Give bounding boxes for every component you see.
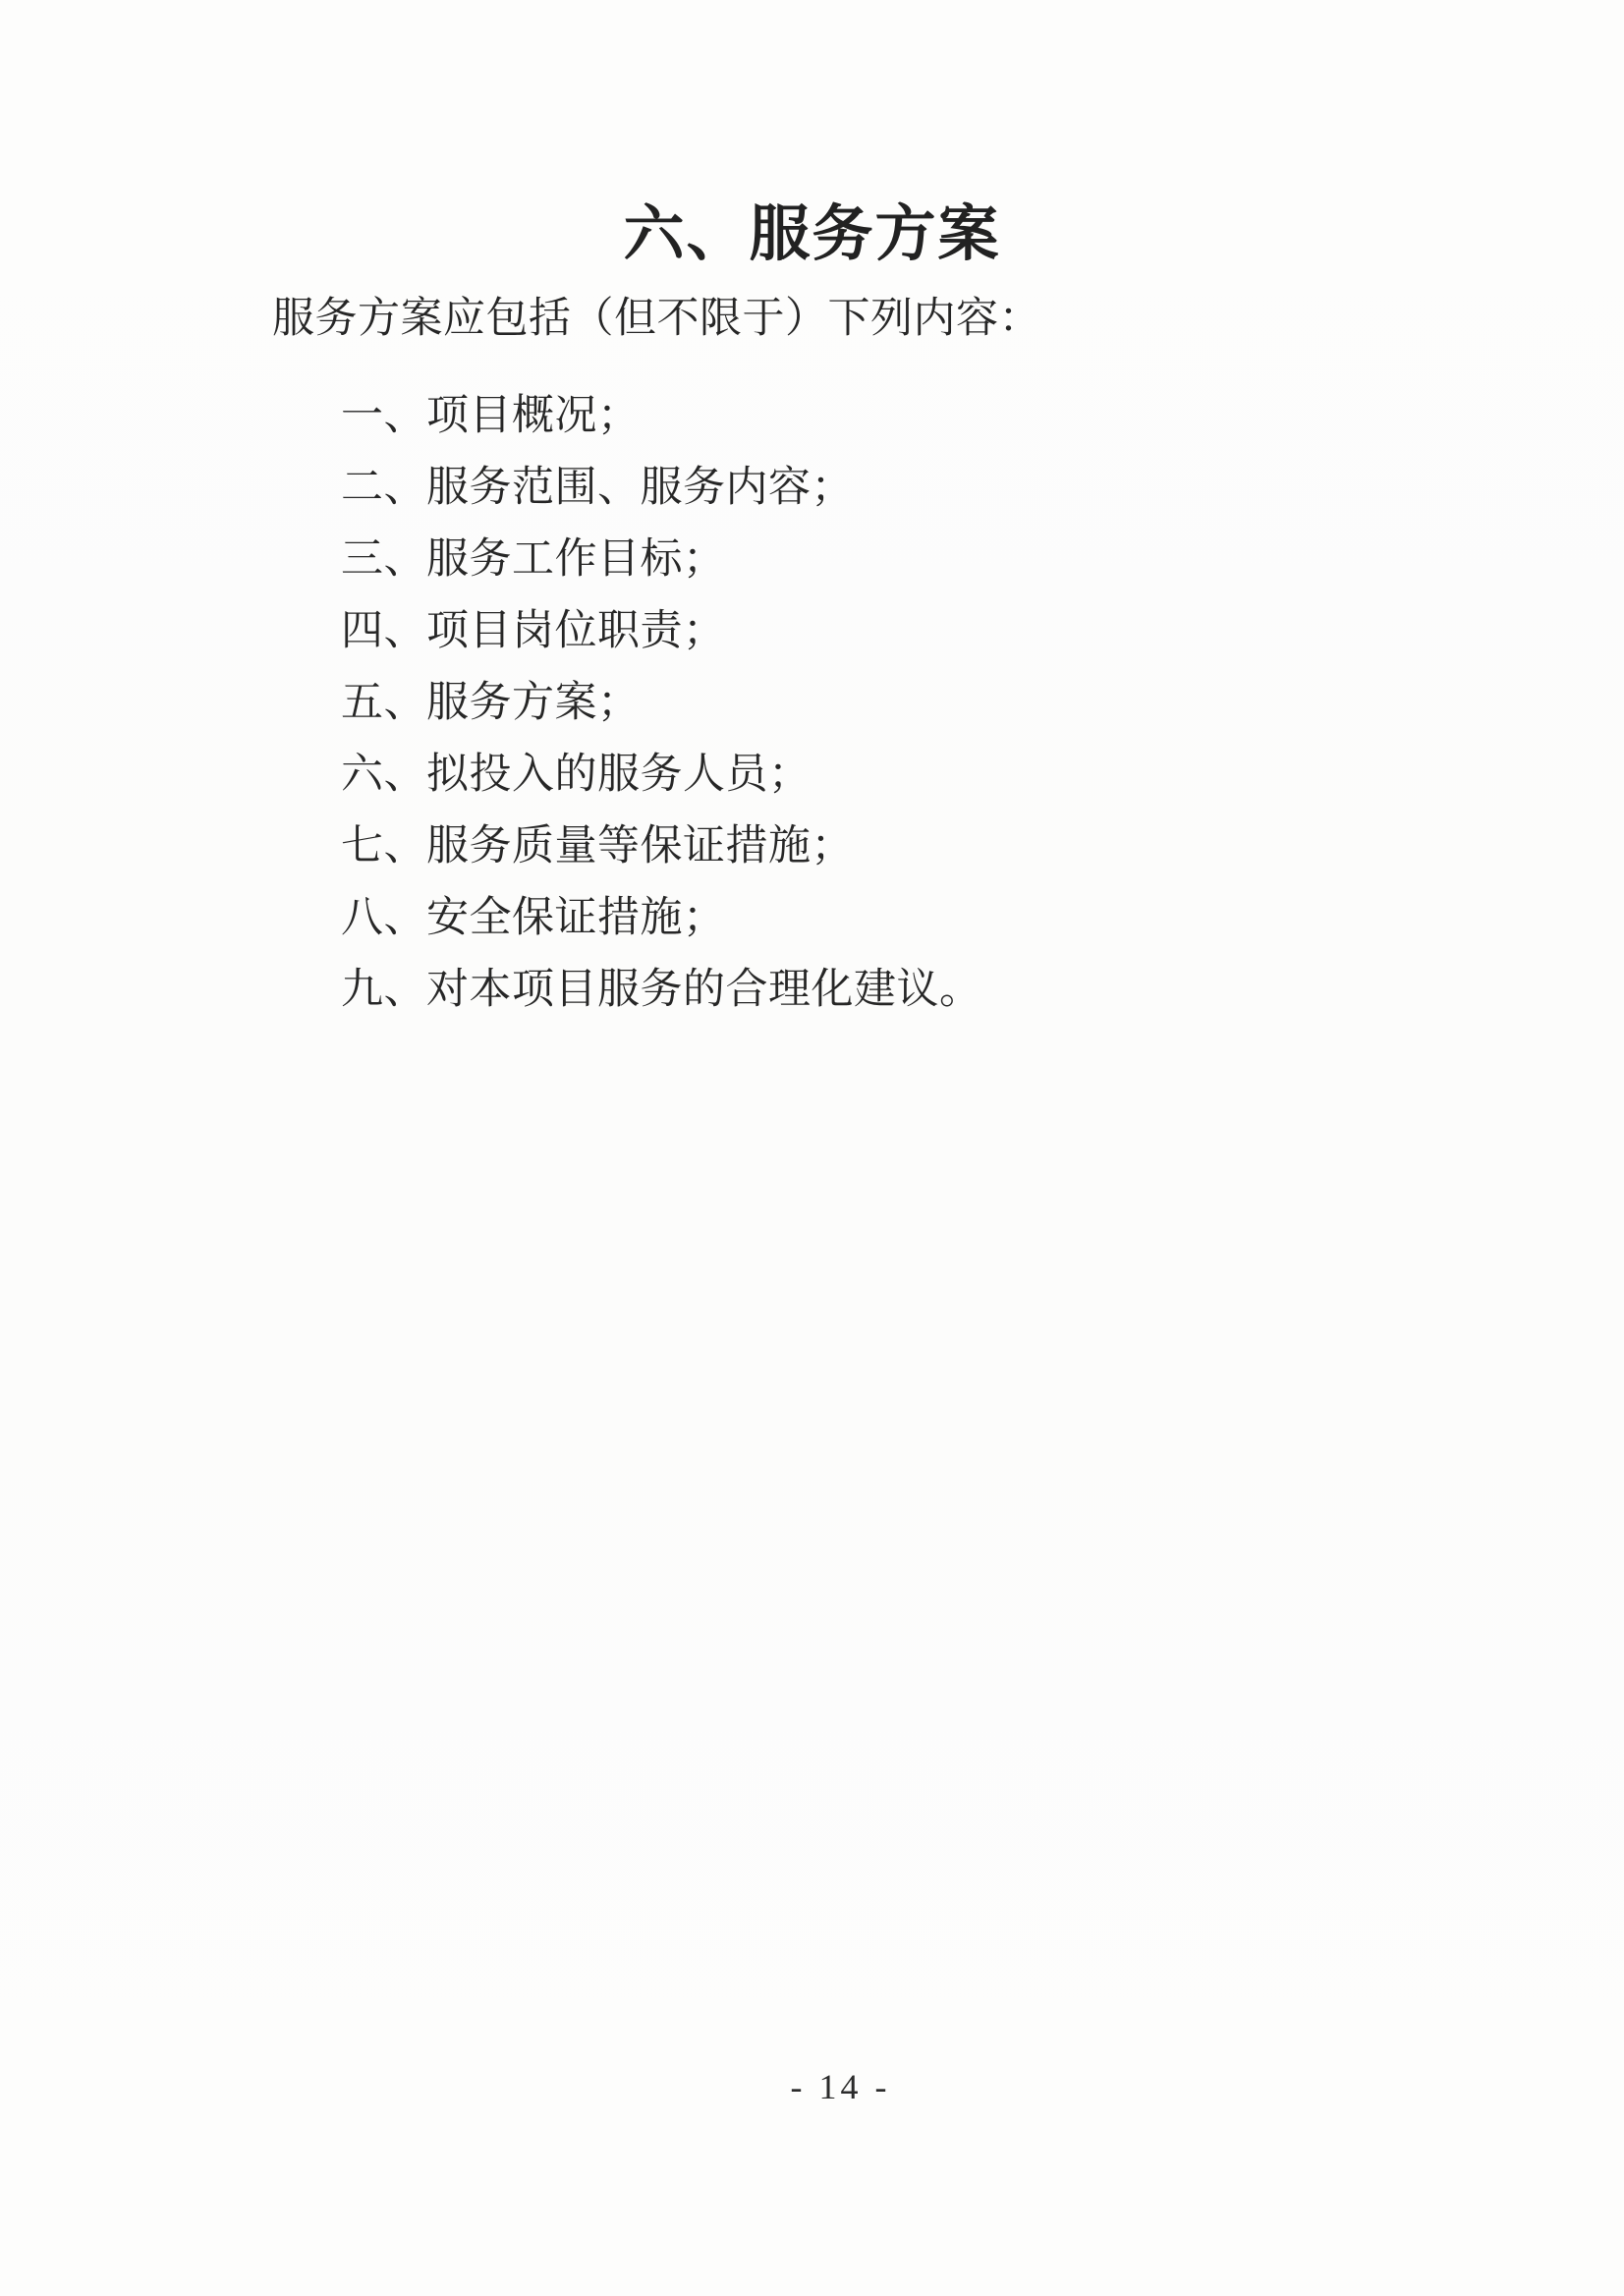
list-item: 二、服务范围、服务内容； (341, 448, 1506, 520)
page-number: - 14 - (0, 2066, 1624, 2107)
list-item: 三、服务工作目标； (341, 520, 1506, 591)
document-page: 六、服务方案 服务方案应包括（但不限于）下列内容： 一、项目概况； 二、服务范围… (0, 0, 1624, 2296)
list-item: 六、拟投入的服务人员； (341, 735, 1506, 807)
list-item: 七、服务质量等保证措施； (341, 807, 1506, 878)
list-item: 四、项目岗位职责； (341, 591, 1506, 663)
page-title: 六、服务方案 (0, 193, 1624, 278)
list-item: 八、安全保证措施； (341, 878, 1506, 950)
intro-paragraph: 服务方案应包括（但不限于）下列内容： (272, 292, 1041, 347)
list-item: 一、项目概况； (341, 376, 1506, 448)
list-item: 九、对本项目服务的合理化建议。 (341, 950, 1506, 1022)
item-list: 一、项目概况； 二、服务范围、服务内容； 三、服务工作目标； 四、项目岗位职责；… (341, 376, 1506, 1022)
list-item: 五、服务方案； (341, 663, 1506, 735)
